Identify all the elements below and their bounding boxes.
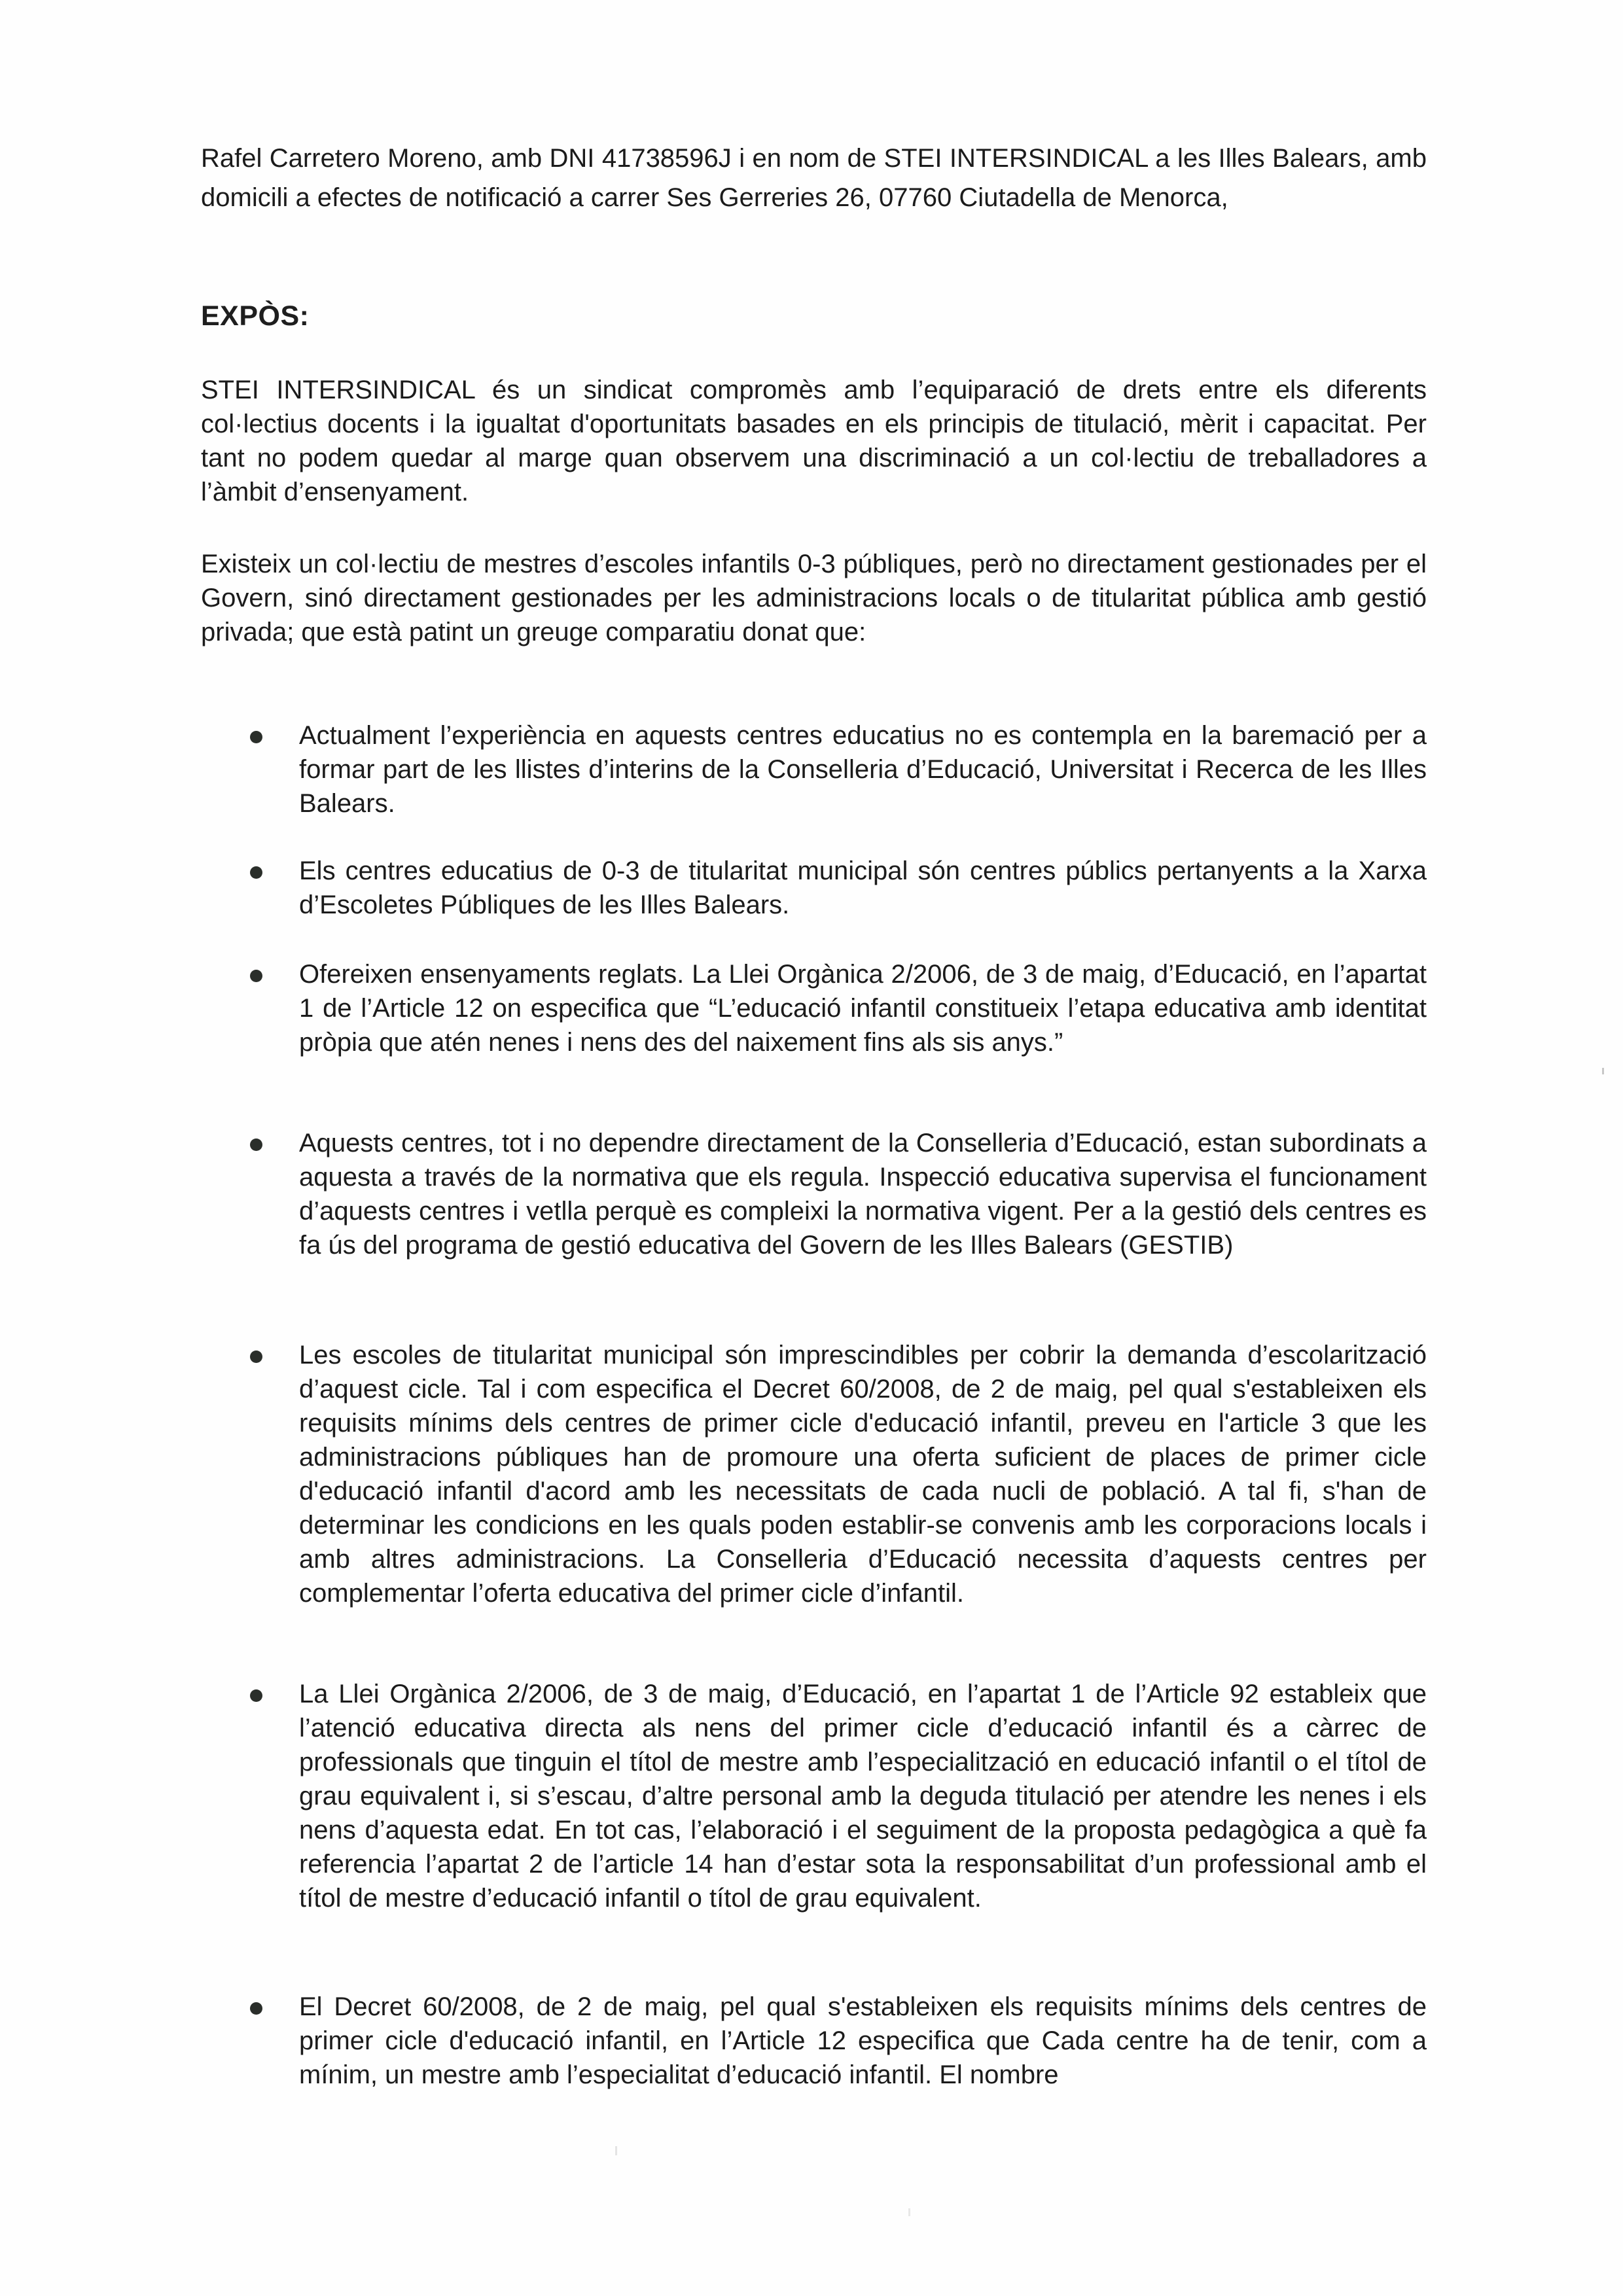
scanned-document-page: Rafel Carretero Moreno, amb DNI 41738596…	[0, 0, 1623, 2296]
bullet-text: El Decret 60/2008, de 2 de maig, pel qua…	[299, 1990, 1427, 2092]
section-heading-expos: EXPÒS:	[201, 299, 310, 333]
bullet-text: La Llei Orgànica 2/2006, de 3 de maig, d…	[299, 1677, 1427, 1915]
bullet-icon	[250, 1689, 262, 1702]
bullet-icon	[250, 1139, 262, 1151]
scan-artifact	[1602, 1068, 1604, 1074]
bullet-icon	[250, 1351, 262, 1363]
bullet-text: Ofereixen ensenyaments reglats. La Llei …	[299, 957, 1427, 1059]
bullet-icon	[250, 2002, 262, 2015]
paragraph-union-commitment: STEI INTERSINDICAL és un sindicat compro…	[201, 373, 1427, 509]
bullet-text: Els centres educatius de 0-3 de titulari…	[299, 854, 1427, 922]
scan-artifact	[908, 2208, 910, 2216]
bullet-icon	[250, 866, 262, 879]
scan-artifact	[615, 2146, 617, 2155]
bullet-text: Actualment l’experiència en aquests cent…	[299, 718, 1427, 821]
intro-paragraph: Rafel Carretero Moreno, amb DNI 41738596…	[201, 139, 1427, 217]
paragraph-collective-description: Existeix un col·lectiu de mestres d’esco…	[201, 547, 1427, 649]
bullet-icon	[250, 731, 262, 743]
bullet-text: Aquests centres, tot i no dependre direc…	[299, 1126, 1427, 1262]
bullet-icon	[250, 970, 262, 982]
bullet-text: Les escoles de titularitat municipal són…	[299, 1338, 1427, 1610]
